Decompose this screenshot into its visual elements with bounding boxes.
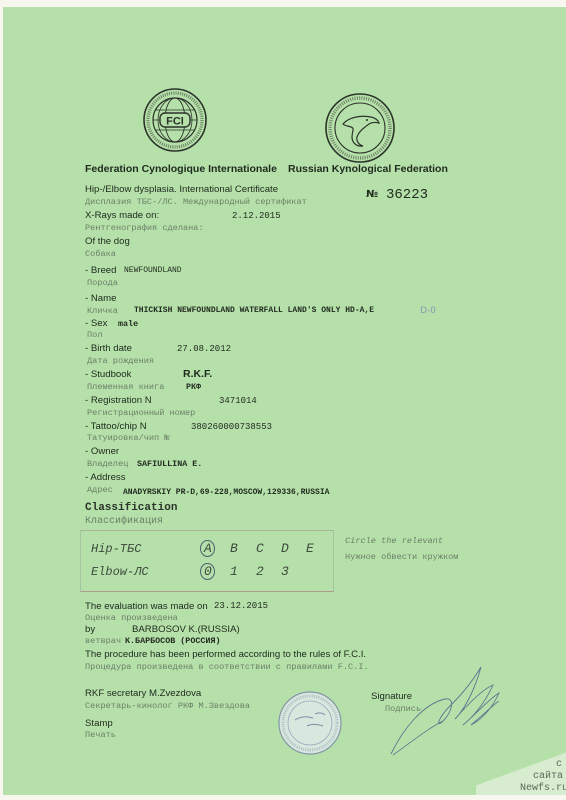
chip-value: 380260000738553 bbox=[191, 422, 272, 432]
breed-label-ru: Порода bbox=[87, 278, 118, 288]
classification-heading-ru: Классификация bbox=[85, 516, 163, 527]
studbook-label-ru: Племенная книга bbox=[87, 382, 164, 392]
watermark-line-3: Newfs.ru bbox=[520, 783, 566, 794]
sex-value: male bbox=[118, 319, 138, 329]
owner-label-ru: Владелец bbox=[87, 459, 128, 469]
studbook-value: R.K.F. bbox=[183, 368, 212, 380]
vet-name-en: BARBOSOV K.(RUSSIA) bbox=[132, 624, 240, 635]
stamp-label-ru: Печать bbox=[85, 730, 116, 740]
rkf-name: Russian Kynological Federation bbox=[288, 163, 448, 175]
birth-date-value: 27.08.2012 bbox=[177, 344, 231, 354]
certificate-number-label: № bbox=[366, 189, 378, 200]
circle-note-en: Circle the relevant bbox=[345, 536, 443, 546]
owner-value: SAFIULLINA E. bbox=[137, 459, 202, 469]
breed-value: NEWFOUNDLAND bbox=[124, 266, 182, 275]
circle-note-ru: Нужное обвести кружком bbox=[345, 552, 458, 562]
elbow-grade-3: 3 bbox=[281, 564, 289, 579]
rkf-logo-icon bbox=[323, 91, 397, 165]
elbow-grade-1: 1 bbox=[230, 564, 238, 579]
svg-text:FCI: FCI bbox=[166, 116, 184, 128]
address-label-ru: Адрес bbox=[87, 485, 113, 495]
certificate-title-ru: Дисплазия ТБС-/ЛС. Международный сертифи… bbox=[85, 197, 307, 207]
registration-label-ru: Регистрационный номер bbox=[87, 408, 195, 418]
registration-label-en: - Registration N bbox=[85, 395, 152, 406]
hip-grade-e: E bbox=[306, 541, 314, 556]
by-label-en: by bbox=[85, 624, 95, 635]
elbow-label: Elbow-ЛС bbox=[91, 565, 149, 579]
xrays-date: 2.12.2015 bbox=[232, 211, 281, 221]
certificate-title-en: Hip-/Elbow dysplasia. International Cert… bbox=[85, 184, 278, 195]
hip-selected-circle bbox=[200, 540, 215, 557]
procedure-text-en: The procedure has been performed accordi… bbox=[85, 649, 366, 660]
dog-label-en: Of the dog bbox=[85, 236, 130, 247]
classification-heading-en: Classification bbox=[85, 502, 177, 514]
hip-label: Hip-ТБС bbox=[91, 542, 141, 556]
elbow-selected-circle bbox=[200, 563, 215, 580]
birth-date-label-en: - Birth date bbox=[85, 343, 132, 354]
chip-label-en: - Tattoo/chip N bbox=[85, 421, 147, 432]
signature-icon bbox=[383, 659, 513, 759]
name-value: THICKISH NEWFOUNDLAND WATERFALL LAND'S O… bbox=[134, 306, 374, 315]
birth-date-label-ru: Дата рождения bbox=[87, 356, 154, 366]
registration-value: 3471014 bbox=[219, 396, 257, 406]
dog-label-ru: Собака bbox=[85, 249, 116, 259]
secretary-ru: Секретарь-кинолог РКФ М.Звездова bbox=[85, 701, 250, 711]
secretary-en: RKF secretary M.Zvezdova bbox=[85, 688, 201, 699]
name-label-en: - Name bbox=[85, 293, 116, 304]
studbook-label-en: - Studbook bbox=[85, 369, 131, 380]
address-value: ANADYRSKIY PR-D,69-228,MOSCOW,129336,RUS… bbox=[123, 488, 329, 497]
name-label-ru: Кличка bbox=[87, 306, 118, 316]
evaluation-label-en: The evaluation was made on bbox=[85, 601, 208, 612]
hip-grade-c: C bbox=[256, 541, 264, 556]
procedure-text-ru: Процедура произведена в соответствии с п… bbox=[85, 662, 369, 672]
by-label-ru: ветврач bbox=[85, 636, 121, 646]
owner-label-en: - Owner bbox=[85, 446, 119, 457]
hip-grade-d: D bbox=[281, 541, 289, 556]
xrays-label-en: X-Rays made on: bbox=[85, 210, 159, 221]
breed-label-en: - Breed bbox=[85, 265, 116, 276]
elbow-grade-2: 2 bbox=[256, 564, 264, 579]
sex-label-en: - Sex bbox=[85, 318, 107, 329]
chip-label-ru: Татуировка/чип № bbox=[87, 433, 170, 443]
stamp-label-en: Stamp bbox=[85, 718, 113, 729]
xrays-label-ru: Рентгенография сделана: bbox=[85, 223, 204, 233]
watermark-line-2: сайта bbox=[533, 771, 563, 782]
certificate-page: FCI Federation Cynologique International… bbox=[3, 7, 566, 795]
rkf-stamp-icon bbox=[277, 690, 343, 756]
vet-name-ru: К.БАРБОСОВ (РОССИЯ) bbox=[125, 636, 221, 646]
sex-label-ru: Пол bbox=[87, 330, 102, 340]
studbook-value-ru: РКФ bbox=[186, 382, 201, 392]
address-label-en: - Address bbox=[85, 472, 126, 483]
watermark-line-1: с bbox=[556, 759, 562, 770]
name-handwritten-addition: D-0 bbox=[420, 306, 436, 316]
certificate-number: 36223 bbox=[386, 187, 428, 203]
evaluation-date: 23.12.2015 bbox=[214, 601, 268, 611]
fci-name: Federation Cynologique Internationale bbox=[85, 163, 277, 175]
fci-logo-icon: FCI bbox=[141, 86, 209, 154]
hip-grade-b: B bbox=[230, 541, 238, 556]
evaluation-label-ru: Оценка произведена bbox=[85, 613, 178, 623]
